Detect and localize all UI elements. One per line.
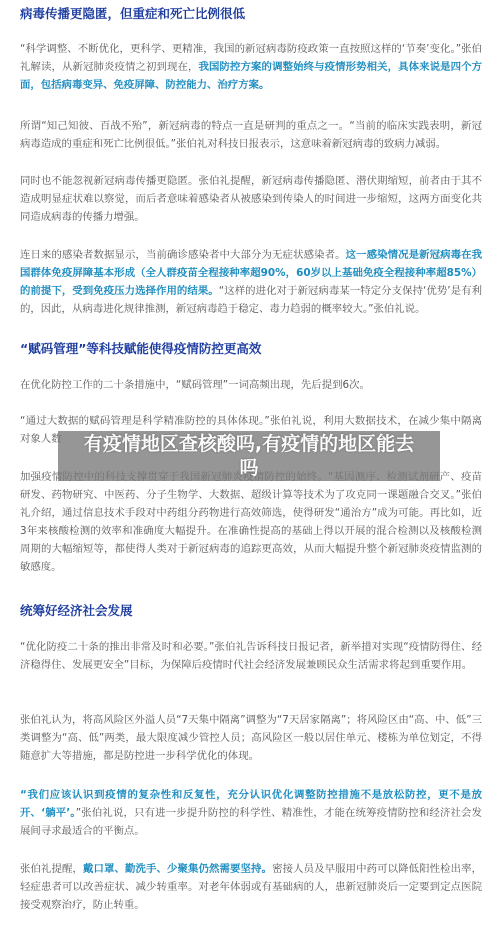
paragraph: 所谓“知己知彼、百战不殆”，新冠病毒的特点一直是研判的重点之一。“当前的临床实践… [20,117,482,153]
title-overlay-banner: 有疫情地区查核酸吗,有疫情的地区能去吗 [58,431,440,481]
paragraph: “我们应该认识到疫情的复杂性和反复性，充分认识优化调整防控措施不是放松防控，更不… [20,786,482,840]
paragraph: “优化防疫二十条的推出非常及时和必要。”张伯礼告诉科技日报记者，新举措对实现“疫… [20,638,482,674]
paragraph: 在优化防控工作的二十条措施中，“赋码管理”一词高频出现，先后提到6次。 [20,376,482,394]
highlight-text: 戴口罩、勤洗手、少聚集仍然需要坚持。 [83,863,272,875]
text: 同时也不能忽视新冠病毒传播更隐匿。张伯礼提醒，新冠病毒传播隐匿、潜伏期缩短，前者… [20,175,482,223]
paragraph: “科学调整、不断优化，更科学、更精准，我国的新冠病毒防疫政策一直按照这样的‘节奏… [20,40,482,94]
section-heading-1: 病毒传播更隐匿，但重症和死亡比例很低 [20,5,482,23]
text: 张伯礼提醒， [20,863,83,875]
section-heading-3: 统筹好经济社会发展 [20,602,482,620]
overlay-title: 有疫情地区查核酸吗,有疫情的地区能去吗 [79,432,419,480]
text: 张伯礼认为，将高风险区外溢人员“7天集中隔离”调整为“7天居家隔离”；将风险区由… [20,714,482,762]
text: 所谓“知己知彼、百战不殆”，新冠病毒的特点一直是研判的重点之一。“当前的临床实践… [20,120,482,150]
paragraph: 加强疫情防控中的科技支撑贯穿于我国新冠肺炎疫情防控的始终。“基因测序、检测试剂研… [20,468,482,576]
text: “优化防疫二十条的推出非常及时和必要。”张伯礼告诉科技日报记者，新举措对实现“疫… [20,641,482,671]
paragraph: 张伯礼认为，将高风险区外溢人员“7天集中隔离”调整为“7天居家隔离”；将风险区由… [20,711,482,765]
section-heading-2: “赋码管理”等科技赋能使得疫情防控更高效 [20,340,482,358]
paragraph: 张伯礼提醒，戴口罩、勤洗手、少聚集仍然需要坚持。密接人员及早服用中药可以降低阳性… [20,860,482,914]
text: 在优化防控工作的二十条措施中，“赋码管理”一词高频出现，先后提到6次。 [20,379,370,391]
paragraph: 同时也不能忽视新冠病毒传播更隐匿。张伯礼提醒，新冠病毒传播隐匿、潜伏期缩短，前者… [20,172,482,226]
text: ”张伯礼说，只有进一步提升防控的科学性、精准性，才能在统筹疫情防控和经济社会发展… [20,807,482,837]
paragraph: 连日来的感染者数据显示，当前确诊感染者中大部分为无症状感染者。这一感染情况是新冠… [20,246,482,318]
text: 连日来的感染者数据显示，当前确诊感染者中大部分为无症状感染者。 [20,249,346,261]
text: 加强疫情防控中的科技支撑贯穿于我国新冠肺炎疫情防控的始终。“基因测序、检测试剂研… [20,471,482,573]
